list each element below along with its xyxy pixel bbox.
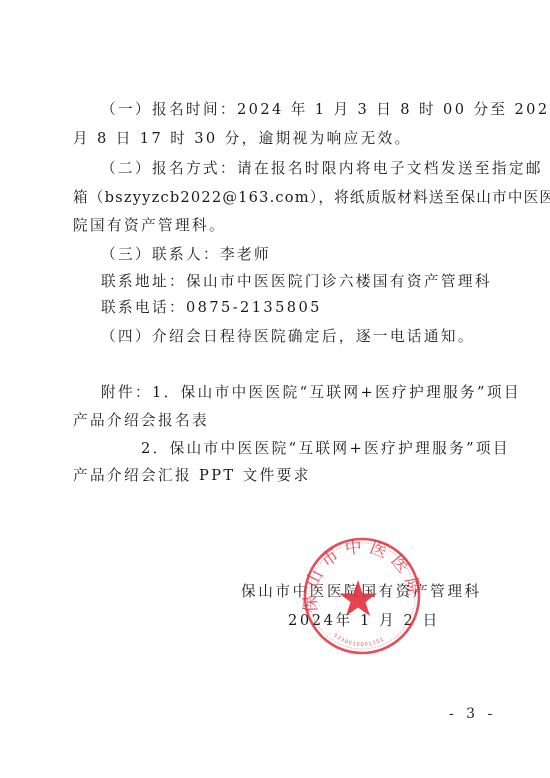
stamp-code-text: 5330010001751 <box>332 633 385 649</box>
section-method-line-1: （二）报名方式：请在报名时限内将电子文档发送至指定邮 <box>101 160 543 178</box>
section-schedule: （四）介绍会日程待医院确定后，逐一电话通知。 <box>101 328 475 346</box>
section-method-line-2: 箱（bszyyzcb2022@163.com），将纸质版材料送至保山市中医医 <box>73 189 550 207</box>
section-contact-person: （三）联系人：李老师 <box>101 246 271 264</box>
attachment-2-cont: 产品介绍会汇报 PPT 文件要求 <box>73 467 311 485</box>
page-number: - 3 - <box>449 706 496 722</box>
section-contact-address: 联系地址：保山市中医医院门诊六楼国有资产管理科 <box>101 273 492 291</box>
section-time-line-2: 月 8 日 17 时 30 分，逾期视为响应无效。 <box>73 130 412 148</box>
attachment-2: 2．保山市中医医院“互联网+医疗护理服务”项目 <box>141 440 510 458</box>
section-time-line-1: （一）报名时间：2024 年 1 月 3 日 8 时 00 分至 2024 年 … <box>101 101 550 119</box>
attachment-1: 附件：1．保山市中医医院“互联网+医疗护理服务”项目 <box>101 384 521 402</box>
svg-text:5330010001751: 5330010001751 <box>332 633 385 649</box>
section-contact-phone: 联系电话：0875-2135805 <box>101 299 322 317</box>
official-seal-stamp: 保山市中医医院 5330010001751 <box>300 534 424 658</box>
star-icon <box>339 580 377 616</box>
attachment-1-cont: 产品介绍会报名表 <box>73 412 209 430</box>
section-method-line-3: 院国有资产管理科。 <box>73 217 226 235</box>
